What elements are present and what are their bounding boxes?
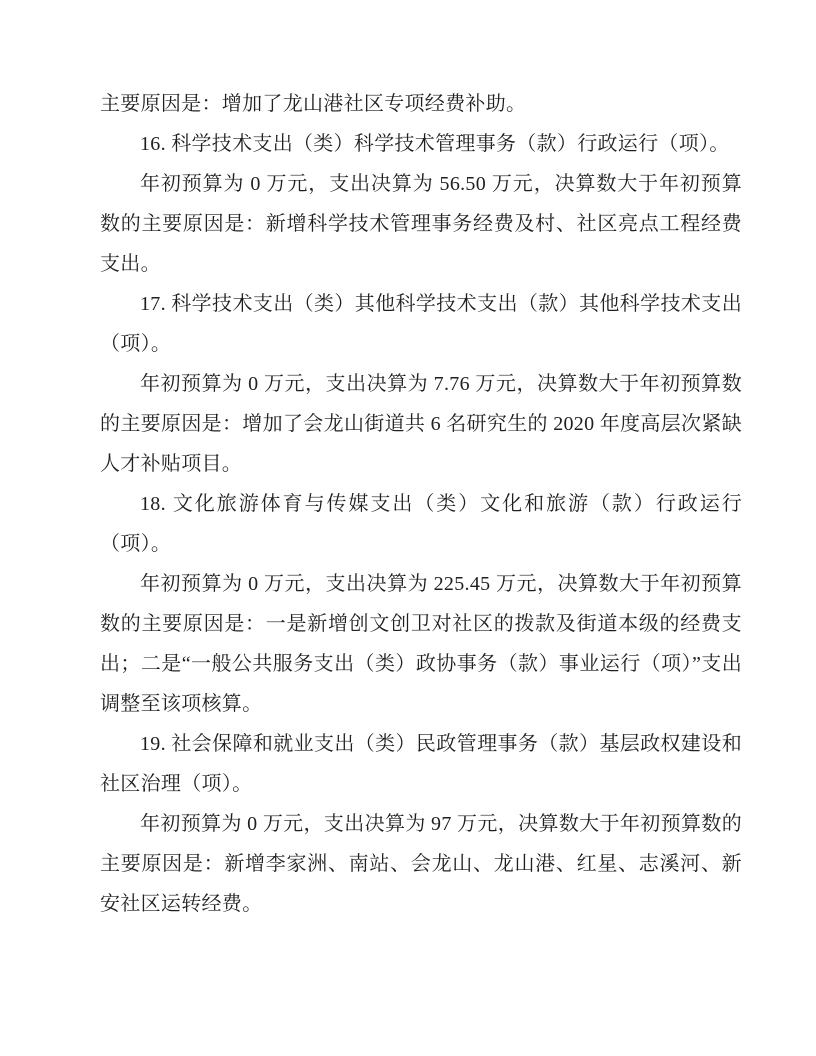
item-17-explanation: 年初预算为 0 万元，支出决算为 7.76 万元，决算数大于年初预算数的主要原因…: [100, 364, 742, 484]
page-body: 主要原因是：增加了龙山港社区专项经费补助。 16. 科学技术支出（类）科学技术管…: [100, 84, 742, 924]
item-16-explanation: 年初预算为 0 万元，支出决算为 56.50 万元，决算数大于年初预算数的主要原…: [100, 164, 742, 284]
paragraph-continuation: 主要原因是：增加了龙山港社区专项经费补助。: [100, 84, 742, 124]
item-18-explanation: 年初预算为 0 万元，支出决算为 225.45 万元，决算数大于年初预算数的主要…: [100, 564, 742, 724]
document-page: 主要原因是：增加了龙山港社区专项经费补助。 16. 科学技术支出（类）科学技术管…: [0, 0, 816, 1056]
item-19-explanation: 年初预算为 0 万元，支出决算为 97 万元，决算数大于年初预算数的主要原因是：…: [100, 804, 742, 924]
item-18-title: 18. 文化旅游体育与传媒支出（类）文化和旅游（款）行政运行（项）。: [100, 484, 742, 564]
item-17-title: 17. 科学技术支出（类）其他科学技术支出（款）其他科学技术支出（项）。: [100, 284, 742, 364]
item-16-title: 16. 科学技术支出（类）科学技术管理事务（款）行政运行（项）。: [100, 124, 742, 164]
item-19-title: 19. 社会保障和就业支出（类）民政管理事务（款）基层政权建设和社区治理（项）。: [100, 724, 742, 804]
